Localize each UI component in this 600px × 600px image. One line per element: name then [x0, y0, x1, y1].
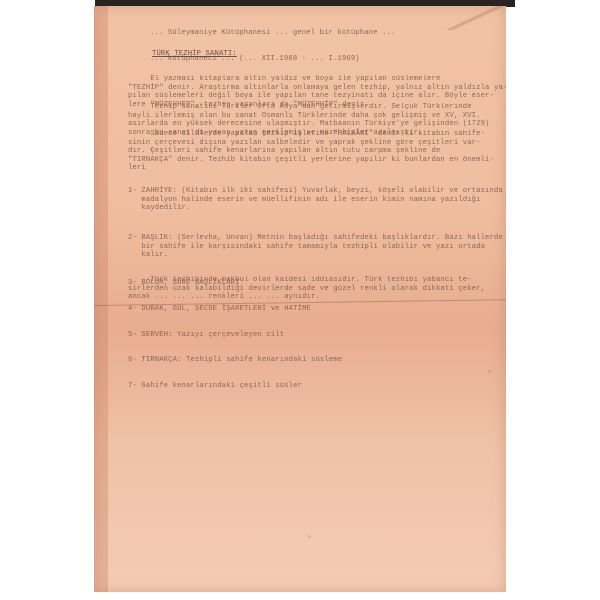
list-item: 4- DURAK, GÜL, SECDE İŞARETLERİ ve HATİM…	[128, 305, 503, 314]
paper-left-edge	[94, 6, 108, 592]
paper-spot	[308, 535, 311, 538]
document-title: TÜRK TEZHİP SANATI:	[152, 50, 237, 59]
paper-corner-crease	[440, 6, 510, 30]
header-line: ... Süleymaniye Kütüphanesi ... genel bi…	[150, 29, 395, 38]
list-item: 2- BAŞLIK: (Serlevha, Unvan) Metnin başl…	[128, 234, 503, 260]
paragraph-halkari: Sadece cildlerde yapılan tezhip işlerine…	[128, 130, 494, 173]
list-item: 7- Sahife kenarlarındaki çeşitli süsler	[128, 382, 503, 391]
document-header: ... Süleymaniye Kütüphanesi ... genel bi…	[150, 12, 395, 72]
list-item: 1- ZAHRİYE: (Kitabın ilk iki sahifesi) Y…	[128, 187, 503, 213]
list-item: 6- TIRNAKÇA: Tezhipli sahife kenarındaki…	[128, 356, 503, 365]
paragraph-closing: Türk tezhibinde makbul olan kaidesi iddi…	[128, 276, 485, 302]
list-item: 5- SERVEH: Yazıyı çerçeveleyen cilt	[128, 331, 503, 340]
